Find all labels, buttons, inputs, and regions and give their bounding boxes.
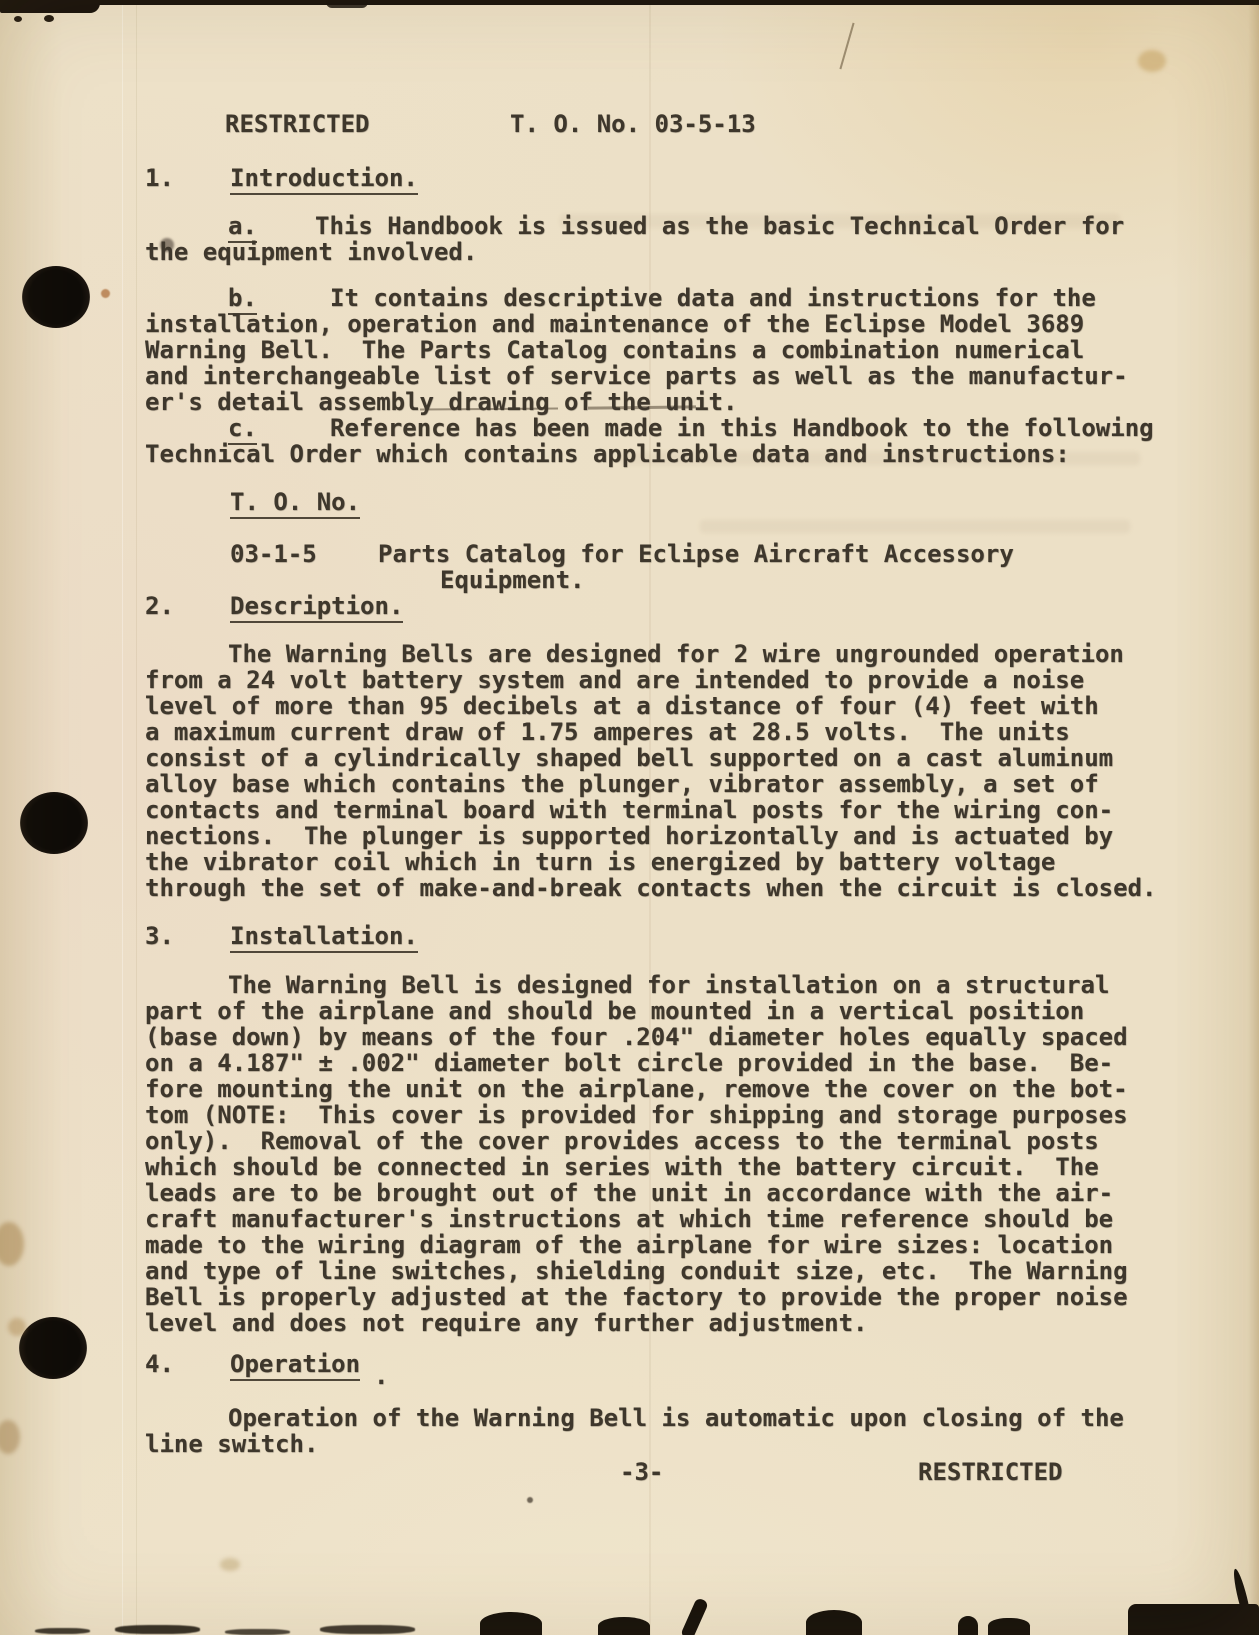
para-b-line: b.It contains descriptive data and instr… (0, 284, 1259, 311)
para-b-line-text: installation, operation and maintenance … (145, 310, 1084, 338)
installation-line: The Warning Bell is designed for install… (0, 971, 1259, 998)
page-header-text: RESTRICTED (225, 110, 370, 138)
installation-line-text: (base down) by means of the four .204" d… (145, 1023, 1128, 1051)
description-line-text: alloy base which contains the plunger, v… (145, 770, 1099, 798)
para-b-line: Warning Bell. The Parts Catalog contains… (0, 336, 1259, 363)
para-c-line: Technical Order which contains applicabl… (0, 440, 1259, 467)
installation-line: part of the airplane and should be mount… (0, 997, 1259, 1024)
para-c-line: c.Reference has been made in this Handbo… (0, 414, 1259, 441)
installation-line: fore mounting the unit on the airplane, … (0, 1075, 1259, 1102)
para-b-line-text: er's detail assembly drawing of the unit… (145, 388, 737, 416)
description-line-text: consist of a cylindrically shaped bell s… (145, 744, 1113, 772)
stray-period: . (0, 1362, 1259, 1389)
to-reference-entry: 03-1-5Parts Catalog for Eclipse Aircraft… (0, 540, 1259, 567)
para-c-line-text: Reference has been made in this Handbook… (330, 414, 1154, 442)
description-line: from a 24 volt battery system and are in… (0, 666, 1259, 693)
installation-line-text: fore mounting the unit on the airplane, … (145, 1075, 1128, 1103)
ink-blob (598, 1617, 650, 1635)
description-line: a maximum current draw of 1.75 amperes a… (0, 718, 1259, 745)
installation-line: made to the wiring diagram of the airpla… (0, 1231, 1259, 1258)
ink-blob (1128, 1604, 1259, 1635)
scanned-document-page: { "page": { "classification": "RESTRICTE… (0, 0, 1259, 1635)
installation-line: leads are to be brought out of the unit … (0, 1179, 1259, 1206)
section-1-heading: 1.Introduction. (0, 164, 1259, 191)
description-line-text: nections. The plunger is supported horiz… (145, 822, 1113, 850)
description-line-text: The Warning Bells are designed for 2 wir… (228, 640, 1124, 668)
section-2-heading-text: Description. (230, 592, 403, 623)
page-footer-text: -3- (620, 1458, 663, 1486)
description-line: consist of a cylindrically shaped bell s… (0, 744, 1259, 771)
installation-line-text: leads are to be brought out of the unit … (145, 1179, 1113, 1207)
operation-line: line switch. (0, 1430, 1259, 1457)
para-a-line: a.This Handbook is issued as the basic T… (0, 212, 1259, 239)
description-line: alloy base which contains the plunger, v… (0, 770, 1259, 797)
installation-line-text: Bell is properly adjusted at the factory… (145, 1283, 1128, 1311)
operation-line-text: line switch. (145, 1430, 318, 1458)
installation-line-text: part of the airplane and should be mount… (145, 997, 1084, 1025)
ink-speck-band (35, 1628, 90, 1634)
description-line: contacts and terminal board with termina… (0, 796, 1259, 823)
section-2-heading: 2.Description. (0, 592, 1259, 619)
ink-blob (680, 1597, 709, 1635)
description-line: level of more than 95 decibels at a dist… (0, 692, 1259, 719)
section-3-heading-text: 3. (145, 922, 174, 950)
description-line-text: through the set of make-and-break contac… (145, 874, 1156, 902)
installation-line: tom (NOTE: This cover is provided for sh… (0, 1101, 1259, 1128)
stray-period-text: . (374, 1362, 388, 1390)
description-line: nections. The plunger is supported horiz… (0, 822, 1259, 849)
description-line-text: contacts and terminal board with termina… (145, 796, 1113, 824)
ink-blob (958, 1616, 978, 1635)
ink-blob (480, 1612, 542, 1635)
para-b-line-text: It contains descriptive data and instruc… (330, 284, 1096, 312)
to-reference-entry-text: Equipment. (440, 566, 585, 594)
to-number-heading: T. O. No. (0, 488, 1259, 515)
installation-line: (base down) by means of the four .204" d… (0, 1023, 1259, 1050)
operation-line: Operation of the Warning Bell is automat… (0, 1404, 1259, 1431)
document-text: RESTRICTEDT. O. No. 03-5-131.Introductio… (0, 0, 1259, 1635)
ink-blob (806, 1610, 862, 1635)
para-a-line-text: the equipment involved. (145, 238, 477, 266)
to-number-heading-text: T. O. No. (230, 488, 360, 519)
section-3-heading-text: Installation. (230, 922, 418, 953)
installation-line-text: made to the wiring diagram of the airpla… (145, 1231, 1113, 1259)
para-b-line: installation, operation and maintenance … (0, 310, 1259, 337)
description-line: the vibrator coil which in turn is energ… (0, 848, 1259, 875)
to-reference-entry-text: Parts Catalog for Eclipse Aircraft Acces… (378, 540, 1014, 568)
installation-line-text: craft manufacturer's instructions at whi… (145, 1205, 1113, 1233)
page-footer: -3-RESTRICTED (0, 1458, 1259, 1485)
installation-line-text: The Warning Bell is designed for install… (228, 971, 1109, 999)
para-a-line-text: This Handbook is issued as the basic Tec… (315, 212, 1124, 240)
installation-line-text: level and does not require any further a… (145, 1309, 867, 1337)
installation-line: and type of line switches, shielding con… (0, 1257, 1259, 1284)
ink-speck-band (115, 1625, 200, 1634)
to-reference-entry-text: 03-1-5 (230, 540, 317, 568)
section-1-heading-text: Introduction. (230, 164, 418, 195)
installation-line: level and does not require any further a… (0, 1309, 1259, 1336)
page-header: RESTRICTEDT. O. No. 03-5-13 (0, 110, 1259, 137)
ink-speck-band (225, 1629, 290, 1635)
installation-line: on a 4.187" ± .002" diameter bolt circle… (0, 1049, 1259, 1076)
description-line: through the set of make-and-break contac… (0, 874, 1259, 901)
para-b-line-text: and interchangeable list of service part… (145, 362, 1128, 390)
description-line: The Warning Bells are designed for 2 wir… (0, 640, 1259, 667)
para-a-line: the equipment involved. (0, 238, 1259, 265)
page-footer-text: RESTRICTED (918, 1458, 1063, 1486)
installation-line: craft manufacturer's instructions at whi… (0, 1205, 1259, 1232)
description-line-text: from a 24 volt battery system and are in… (145, 666, 1084, 694)
section-1-heading-text: 1. (145, 164, 174, 192)
ink-blob (988, 1618, 1030, 1635)
description-line-text: level of more than 95 decibels at a dist… (145, 692, 1099, 720)
installation-line-text: on a 4.187" ± .002" diameter bolt circle… (145, 1049, 1113, 1077)
section-3-heading: 3.Installation. (0, 922, 1259, 949)
installation-line-text: only). Removal of the cover provides acc… (145, 1127, 1099, 1155)
installation-line-text: tom (NOTE: This cover is provided for sh… (145, 1101, 1128, 1129)
para-b-line: and interchangeable list of service part… (0, 362, 1259, 389)
installation-line: Bell is properly adjusted at the factory… (0, 1283, 1259, 1310)
para-b-line-text: Warning Bell. The Parts Catalog contains… (145, 336, 1084, 364)
description-line-text: the vibrator coil which in turn is energ… (145, 848, 1055, 876)
para-c-line-text: Technical Order which contains applicabl… (145, 440, 1070, 468)
installation-line-text: which should be connected in series with… (145, 1153, 1099, 1181)
to-reference-entry: Equipment. (0, 566, 1259, 593)
ink-speck-band (320, 1625, 415, 1634)
installation-line-text: and type of line switches, shielding con… (145, 1257, 1128, 1285)
section-2-heading-text: 2. (145, 592, 174, 620)
page-header-text: T. O. No. 03-5-13 (510, 110, 756, 138)
installation-line: only). Removal of the cover provides acc… (0, 1127, 1259, 1154)
installation-line: which should be connected in series with… (0, 1153, 1259, 1180)
bottom-cutoff-print (0, 1595, 1259, 1635)
para-b-line: er's detail assembly drawing of the unit… (0, 388, 1259, 415)
operation-line-text: Operation of the Warning Bell is automat… (228, 1404, 1124, 1432)
description-line-text: a maximum current draw of 1.75 amperes a… (145, 718, 1070, 746)
